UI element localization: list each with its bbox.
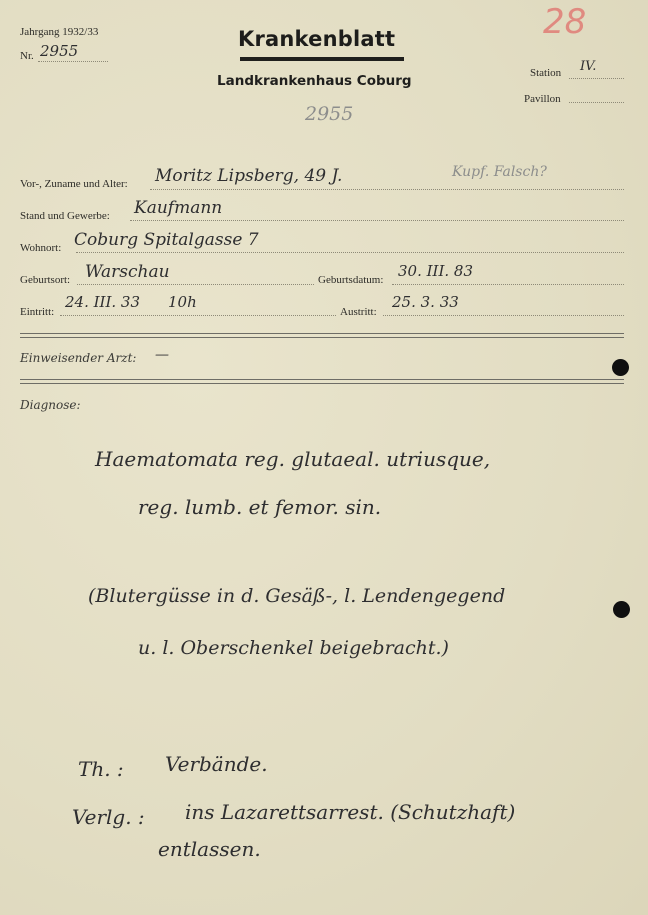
diagnosis-line-1: Haematomata reg. glutaeal. utriusque, [95, 447, 490, 471]
admission-value: 24. III. 33 [65, 293, 140, 311]
therapy-label: Th. : [78, 757, 124, 781]
birthdate-value: 30. III. 83 [398, 262, 473, 280]
page-title: Krankenblatt [238, 27, 395, 51]
admission-time: 10h [168, 293, 197, 311]
name-age-value: Moritz Lipsberg, 49 J. [155, 166, 342, 186]
station-line [569, 78, 624, 79]
punch-hole-top [612, 359, 629, 376]
birthdate-label: Geburtsdatum: [318, 274, 383, 286]
diagnosis-line-4: u. l. Oberschenkel beigebracht.) [138, 637, 449, 659]
discharge-value: 25. 3. 33 [392, 293, 459, 311]
diagnosis-line-3: (Blutergüsse in d. Gesäß-, l. Lendengege… [88, 585, 505, 607]
diagnosis-line-2: reg. lumb. et femor. sin. [138, 495, 381, 519]
institution-name: Landkrankenhaus Coburg [217, 73, 412, 89]
diagnosis-label: Diagnose: [20, 398, 81, 412]
separator-top [20, 333, 624, 338]
residence-line [76, 252, 624, 253]
therapy-value: Verbände. [165, 752, 268, 776]
referring-value: — [155, 347, 169, 363]
discharge-line [383, 315, 624, 316]
occupation-label: Stand und Gewerbe: [20, 210, 110, 222]
name-age-line [150, 189, 624, 190]
admission-label: Eintritt: [20, 306, 54, 318]
station-value: IV. [580, 59, 596, 74]
name-note: Kupf. Falsch? [452, 164, 547, 180]
pavillon-line [569, 102, 624, 103]
referring-label: Einweisender Arzt: [20, 351, 136, 365]
residence-label: Wohnort: [20, 242, 61, 254]
year-label: Jahrgang 1932/33 [20, 26, 98, 38]
occupation-value: Kaufmann [134, 198, 222, 218]
birthplace-value: Warschau [85, 262, 170, 282]
punch-hole-bottom [613, 601, 630, 618]
center-number: 2955 [305, 103, 353, 125]
name-age-label: Vor-, Zuname und Alter: [20, 178, 128, 190]
birthdate-line [392, 284, 624, 285]
disposition-line-2: entlassen. [158, 837, 261, 861]
occupation-line [130, 220, 624, 221]
residence-value: Coburg Spitalgasse 7 [74, 230, 259, 250]
page-number-red: 28 [543, 2, 586, 42]
admission-line [60, 315, 336, 316]
disposition-line-1: ins Lazarettsarrest. (Schutzhaft) [185, 800, 515, 824]
birthplace-label: Geburtsort: [20, 274, 70, 286]
nr-value: 2955 [40, 42, 78, 60]
nr-line [38, 61, 108, 62]
disposition-label: Verlg. : [72, 805, 145, 829]
discharge-label: Austritt: [340, 306, 377, 318]
station-label: Station [530, 67, 561, 79]
title-underline [240, 57, 404, 61]
separator-bottom [20, 379, 624, 384]
pavillon-label: Pavillon [524, 93, 561, 105]
nr-label: Nr. [20, 50, 34, 62]
birthplace-line [77, 284, 314, 285]
